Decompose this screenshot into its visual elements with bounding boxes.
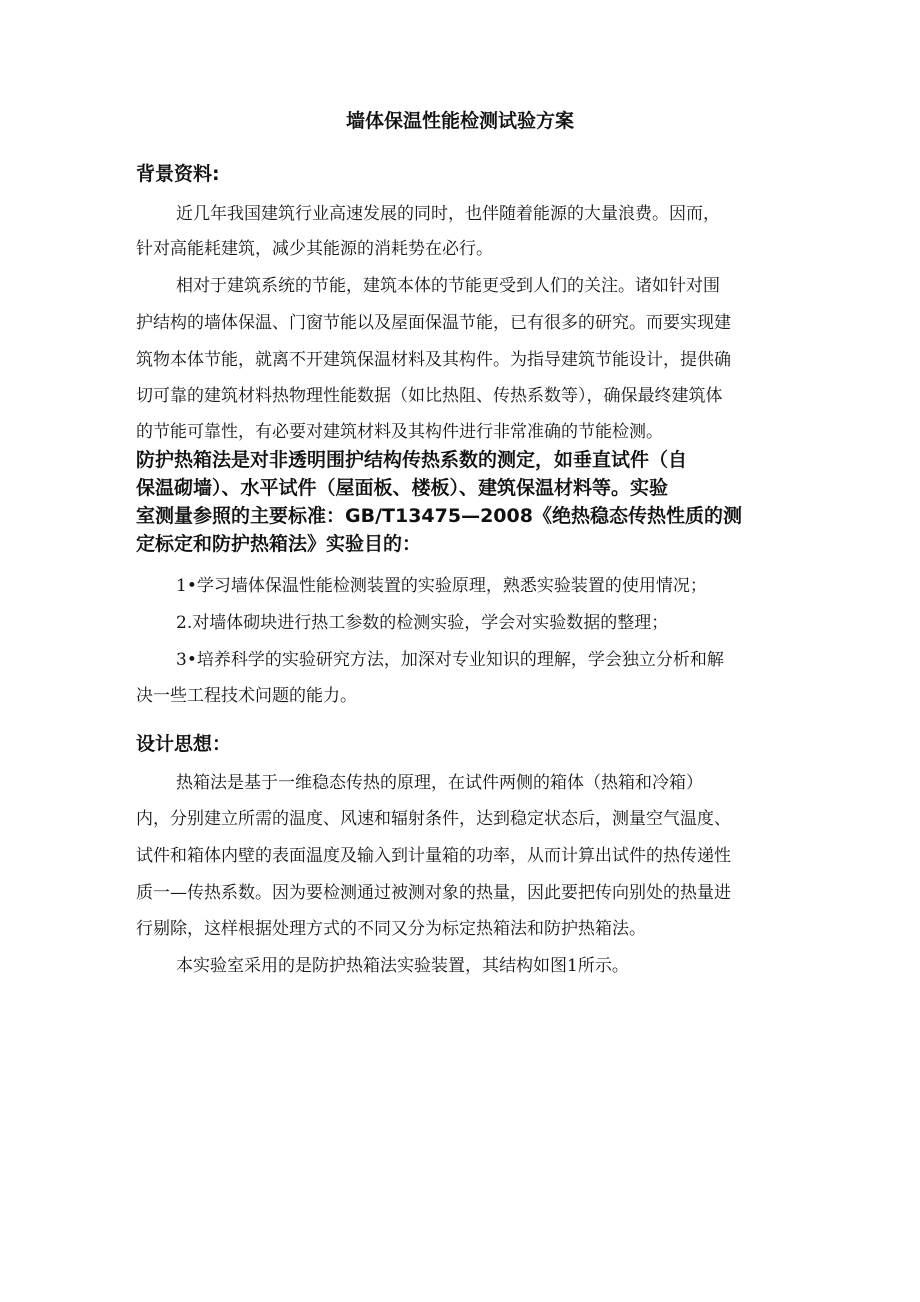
paragraph-line: 热箱法是基于一维稳态传热的原理，在试件两侧的箱体（热箱和冷箱）	[176, 773, 703, 793]
paragraph-line: 针对高能耗建筑，减少其能源的消耗势在必行。	[136, 239, 493, 259]
document-title: 墙体保温性能检测试验方案	[0, 106, 920, 133]
bold-paragraph-line: 定标定和防护热箱法》实验目的：	[136, 532, 421, 556]
paragraph-line: 本实验室采用的是防护热箱法实验装置，其结构如图1所示。	[176, 956, 629, 976]
objective-item-3: 3•培养科学的实验研究方法，加深对专业知识的理解，学会独立分析和解	[176, 650, 724, 670]
section-heading-background: 背景资料:	[136, 159, 220, 186]
paragraph-line: 行剔除，这样根据处理方式的不同又分为标定热箱法和防护热箱法。	[136, 919, 646, 939]
paragraph-line: 质一—传热系数。因为要检测通过被测对象的热量，因此要把传向别处的热量进	[136, 883, 731, 903]
document-page: 墙体保温性能检测试验方案 背景资料: 近几年我国建筑行业高速发展的同时，也伴随着…	[0, 0, 920, 1302]
objective-item-1: 1•学习墙体保温性能检测装置的实验原理，熟悉实验装置的使用情况；	[176, 576, 707, 596]
paragraph-line: 试件和箱体内壁的表面温度及输入到计量箱的功率，从而计算出试件的热传递性	[136, 846, 731, 866]
paragraph-line: 的节能可靠性，有必要对建筑材料及其构件进行非常准确的节能检测。	[136, 422, 663, 442]
bold-paragraph-line: 防护热箱法是对非透明围护结构传热系数的测定，如垂直试件（自	[136, 448, 687, 472]
paragraph-line: 筑物本体节能，就离不开建筑保温材料及其构件。为指导建筑节能设计，提供确	[136, 350, 731, 370]
paragraph-line: 相对于建筑系统的节能，建筑本体的节能更受到人们的关注。诸如针对围	[176, 276, 720, 296]
paragraph-line: 内，分别建立所需的温度、风速和辐射条件，达到稳定状态后，测量空气温度、	[136, 809, 731, 829]
section-heading-design: 设计思想：	[136, 729, 231, 756]
bold-paragraph-line: 保温砌墙）、水平试件（屋面板、楼板）、建筑保温材料等。实验	[136, 476, 668, 500]
objective-item-2: 2.对墙体砌块进行热工参数的检测实验，学会对实验数据的整理；	[176, 613, 668, 633]
objective-item-3-continuation: 决一些工程技术问题的能力。	[136, 686, 357, 706]
paragraph-line: 护结构的墙体保温、门窗节能以及屋面保温节能，已有很多的研究。而要实现建	[136, 313, 731, 333]
bold-paragraph-line: 室测量参照的主要标准：GB/T13475—2008《绝热稳态传热性质的测	[136, 504, 742, 528]
paragraph-line: 近几年我国建筑行业高速发展的同时，也伴随着能源的大量浪费。因而，	[176, 204, 720, 224]
paragraph-line: 切可靠的建筑材料热物理性能数据（如比热阻、传热系数等），确保最终建筑体	[136, 386, 723, 406]
